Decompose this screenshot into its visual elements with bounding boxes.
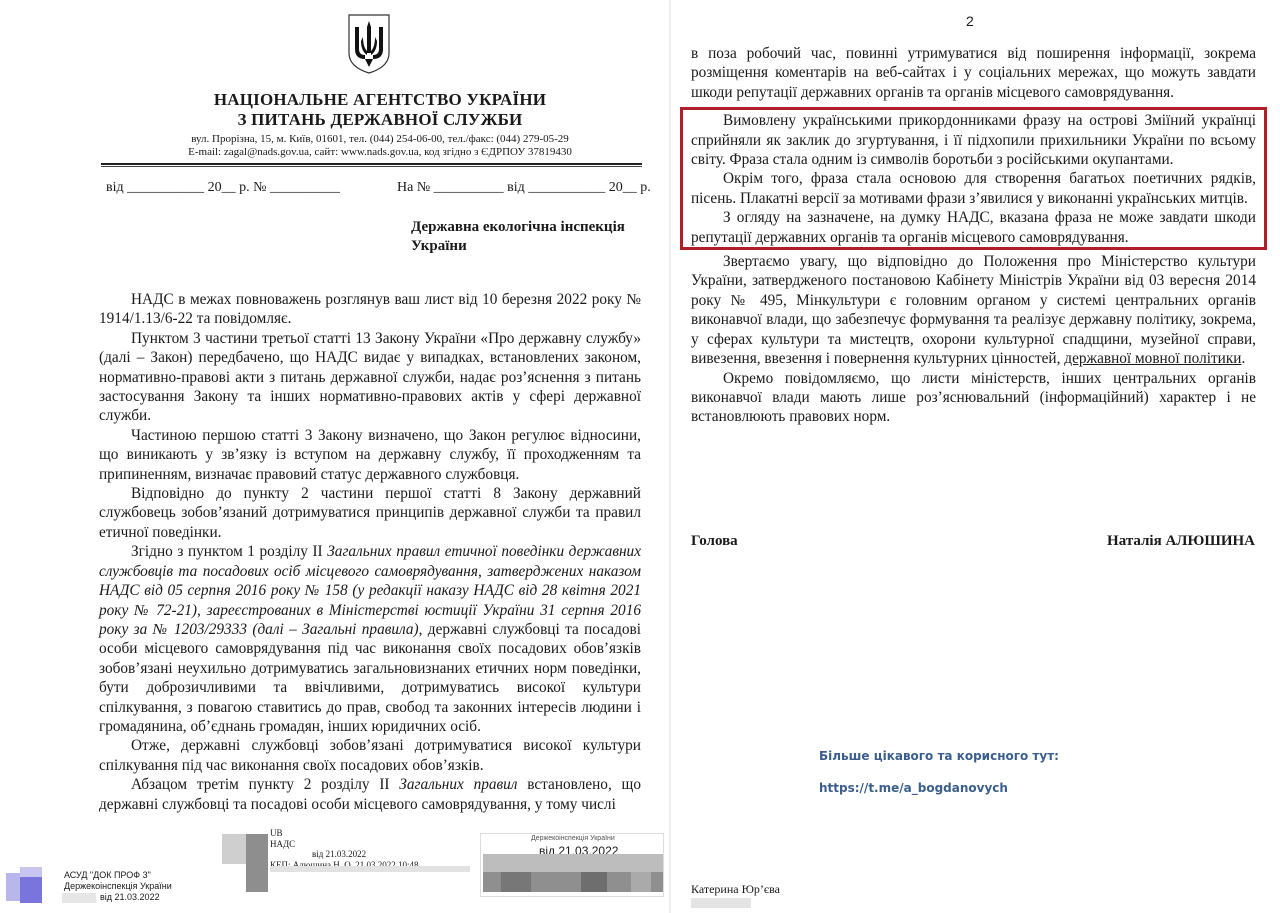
org-name-line2: З ПИТАНЬ ДЕРЖАВНОЇ СЛУЖБИ [100, 110, 660, 130]
trident-emblem-icon [347, 13, 391, 75]
stamp-logo-icon [20, 867, 42, 877]
org-email-site: E-mail: zagal@nads.gov.ua, сайт: www.nad… [100, 146, 660, 159]
paragraph: З огляду на зазначене, на думку НАДС, вк… [691, 208, 1256, 247]
text-span: Згідно з пунктом 1 розділу II [131, 543, 327, 560]
letter-body-page-2: в поза робочий час, повинні утримуватися… [691, 44, 1256, 427]
redacted-area [62, 893, 96, 903]
stamp-agency: НАДС [270, 839, 419, 850]
addressee-line2: України [411, 237, 661, 256]
underlined-text: державної мовної політики [1064, 350, 1241, 367]
signature-name: Наталія АЛЮШИНА [1107, 533, 1255, 550]
signature-stamp-kep: UB НАДС від 21.03.2022 КЕП: Алюшина Н. О… [270, 828, 419, 870]
redacted-area [270, 866, 470, 872]
outgoing-ref: від ___________ 20__ р. № __________ [106, 180, 340, 196]
page-number: 2 [966, 13, 974, 29]
incoming-stamp: Держекоінспекція України від 21.03.2022 [480, 833, 664, 897]
paragraph: Окремо повідомляємо, що листи міністерст… [691, 369, 1256, 427]
stamp-org: Держекоінспекція України [64, 881, 172, 892]
letterhead-rule-thin [101, 166, 642, 167]
signature-role: Голова [691, 533, 738, 550]
paragraph: Отже, державні службовці зобов’язані дот… [99, 736, 641, 775]
page-divider [669, 0, 671, 913]
paragraph: Вимовлену українськими прикордонниками ф… [691, 111, 1256, 169]
redacted-area [501, 872, 531, 892]
redacted-area [691, 898, 751, 908]
stamp-header: Держекоінспекція України [531, 835, 615, 842]
addressee-line1: Державна екологічна інспекція [411, 218, 661, 237]
stamp-logo-icon [20, 877, 42, 903]
redacted-area [246, 834, 268, 892]
paragraph: Відповідно до пункту 2 частини першої ст… [99, 484, 641, 542]
executor-name: Катерина Юр’єва [691, 882, 780, 897]
addressee: Державна екологічна інспекція України [411, 218, 661, 256]
letter-body-page-1: НАДС в межах повноважень розглянув ваш л… [99, 290, 641, 814]
highlighted-passage: Вимовлену українськими прикордонниками ф… [680, 107, 1267, 250]
redacted-area [483, 854, 663, 872]
paragraph: Пунктом 3 частини третьої статті 13 Зако… [99, 329, 641, 426]
promo-text: Більше цікавого та корисного тут: [819, 749, 1059, 763]
paragraph: Частиною першою статті 3 Закону визначен… [99, 426, 641, 484]
text-span: . [1241, 350, 1245, 367]
text-span: Абзацом третім пункту 2 розділу II [131, 776, 399, 793]
org-name-line1: НАЦІОНАЛЬНЕ АГЕНТСТВО УКРАЇНИ [100, 90, 660, 110]
text-span: , державні службовці та посадові особи м… [99, 621, 641, 735]
paragraph: Окрім того, фраза стала основою для ство… [691, 169, 1256, 208]
letter-page-1: НАЦІОНАЛЬНЕ АГЕНТСТВО УКРАЇНИ З ПИТАНЬ Д… [0, 0, 670, 913]
italic-citation: Загальних правил [399, 776, 517, 793]
redacted-area [222, 834, 246, 864]
registration-stamp-asud: АСУД "ДОК ПРОФ 3" Держекоінспекція Украї… [0, 855, 195, 913]
paragraph: Абзацом третім пункту 2 розділу II Загал… [99, 775, 641, 814]
letterhead-rule [101, 163, 642, 165]
stamp-date: від 21.03.2022 [270, 849, 419, 860]
promo-link[interactable]: https://t.me/a_bogdanovych [819, 781, 1008, 795]
redacted-area [631, 872, 651, 892]
paragraph: Звертаємо увагу, що відповідно до Положе… [691, 252, 1256, 368]
paragraph: Згідно з пунктом 1 розділу II Загальних … [99, 542, 641, 736]
paragraph: в поза робочий час, повинні утримуватися… [691, 44, 1256, 102]
redacted-area [581, 872, 607, 892]
stamp-date: від 21.03.2022 [100, 892, 160, 903]
incoming-ref: На № __________ від ___________ 20__ р. [397, 180, 651, 196]
org-address: вул. Прорізна, 15, м. Київ, 01601, тел. … [100, 133, 660, 146]
paragraph: НАДС в межах повноважень розглянув ваш л… [99, 290, 641, 329]
stamp-system: АСУД "ДОК ПРОФ 3" [64, 870, 151, 881]
stamp-code: UB [270, 828, 419, 839]
stamp-logo-icon [6, 873, 20, 901]
